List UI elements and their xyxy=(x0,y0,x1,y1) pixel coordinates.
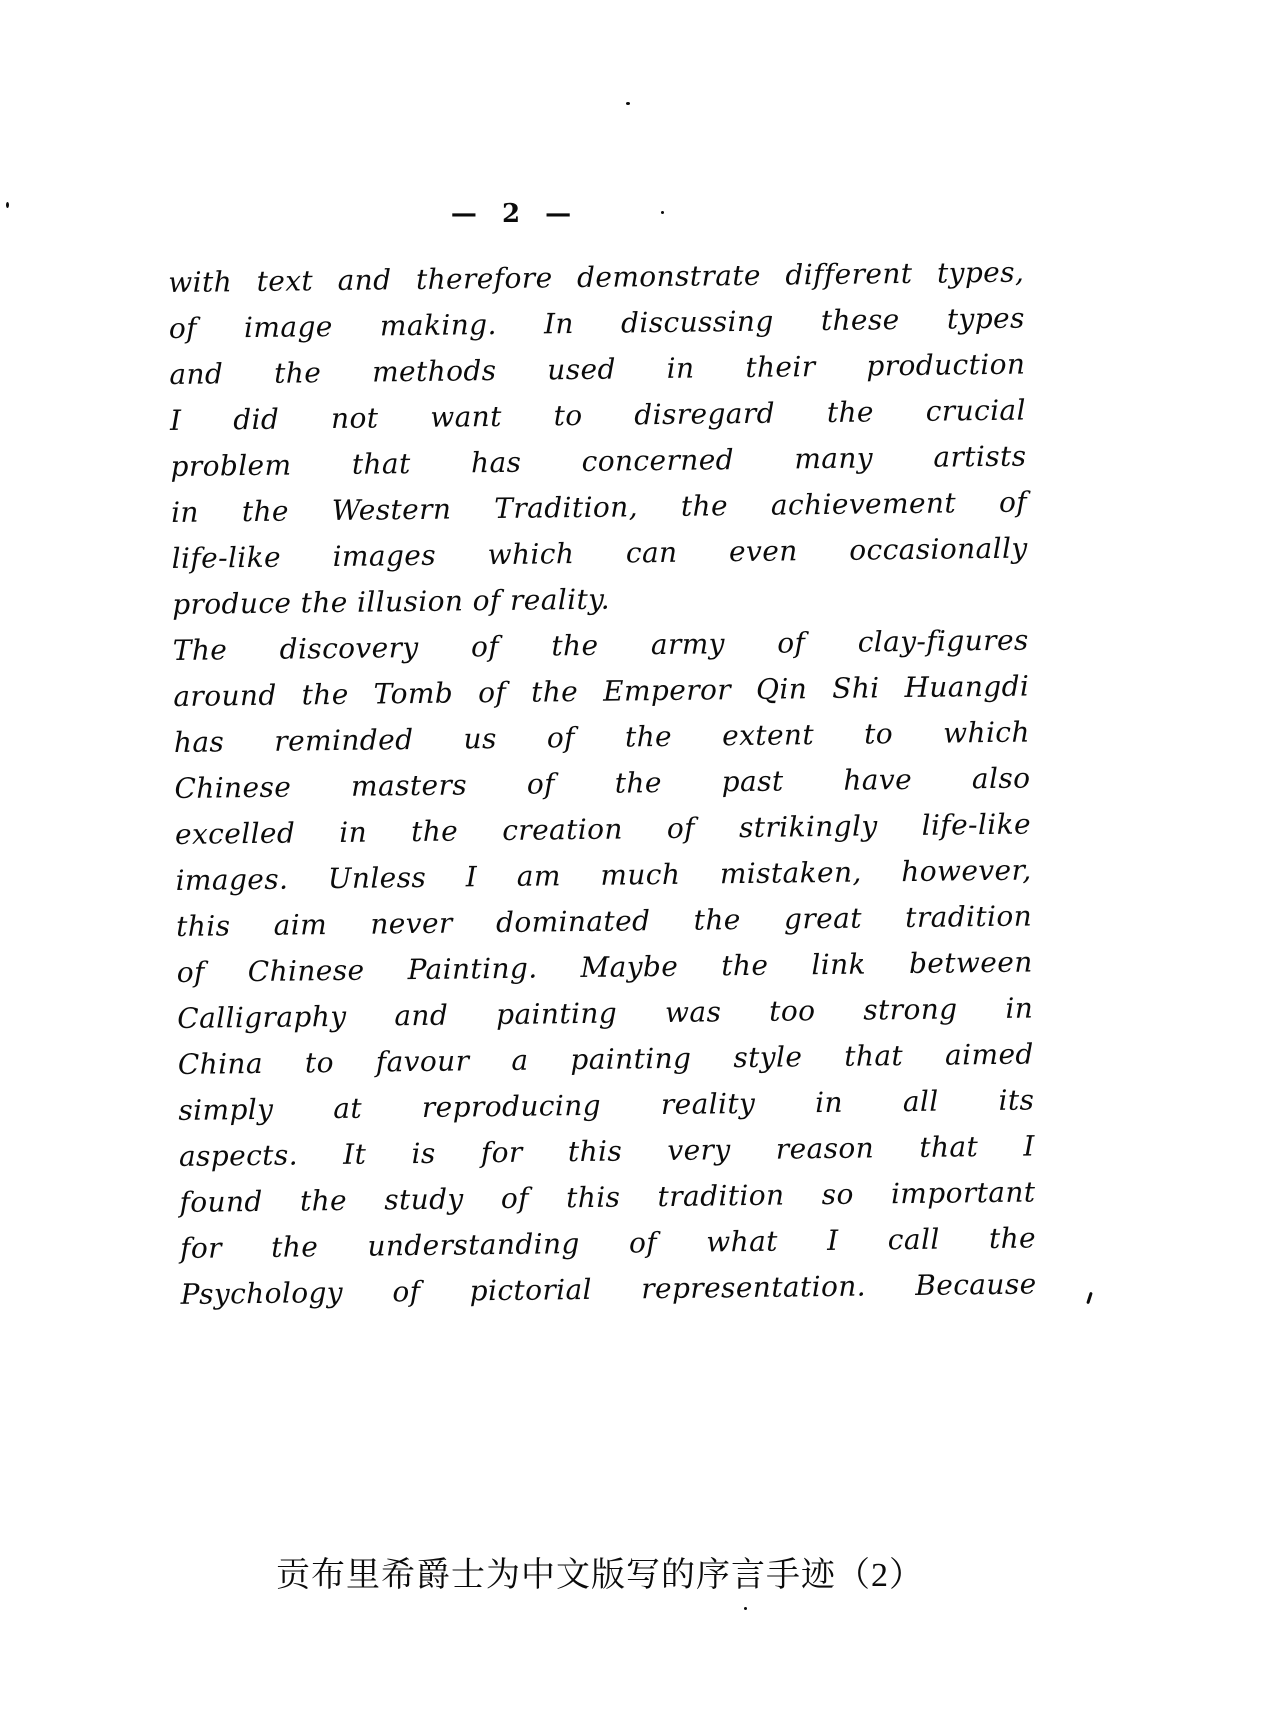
manuscript-page: — 2 — with text and therefore demonstrat… xyxy=(0,0,1262,1724)
handwriting-line: Psychology of pictorial representation. … xyxy=(180,1261,1036,1317)
scan-speck xyxy=(1086,1292,1093,1304)
scan-speck xyxy=(626,102,630,105)
handwritten-text-block: with text and therefore demonstrate diff… xyxy=(168,250,1037,1318)
caption: 贡布里希爵士为中文版写的序言手迹（2） xyxy=(276,1547,924,1596)
page-number: — 2 — xyxy=(0,199,1030,229)
scan-speck xyxy=(744,1607,747,1610)
